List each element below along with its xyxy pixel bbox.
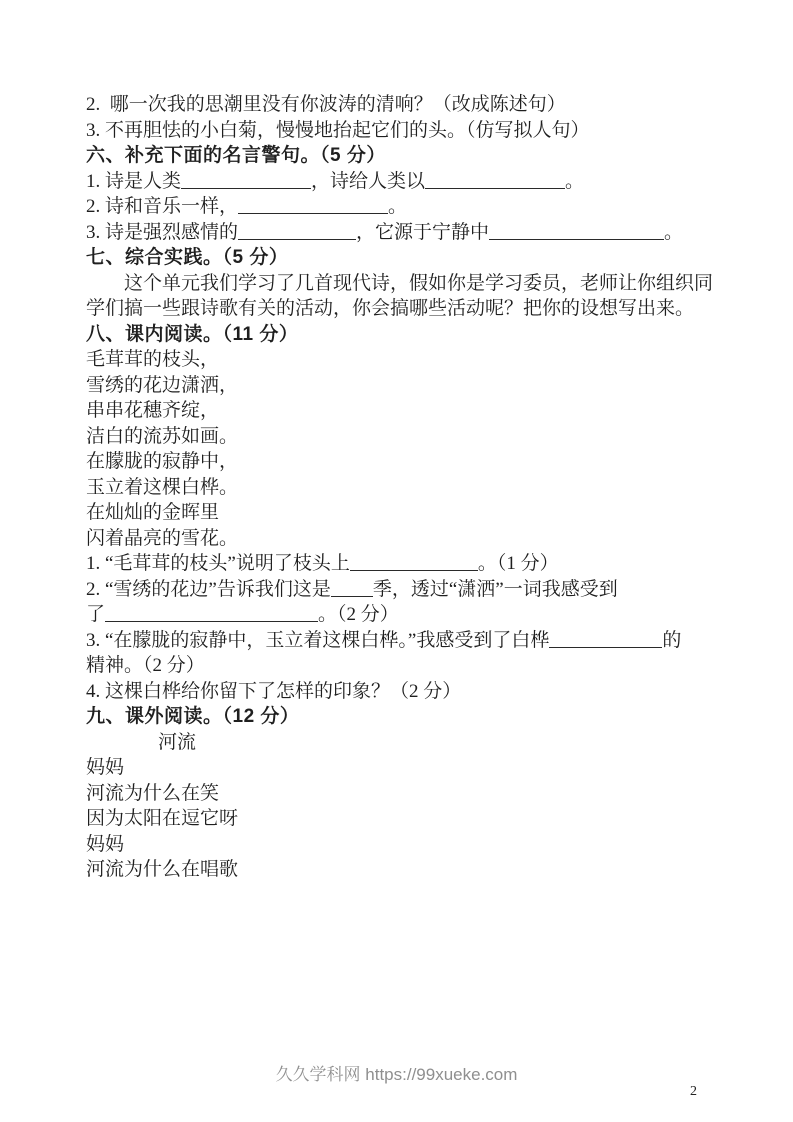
document-page: 2. 哪一次我的思潮里没有你波涛的清响？（改成陈述句） 3. 不再胆怯的小白菊，…	[0, 0, 793, 1122]
poem-line: 雪绣的花边潇洒，	[86, 373, 716, 399]
poem-line: 在朦胧的寂静中，	[86, 449, 716, 475]
question-text: 。	[388, 196, 407, 217]
section-title-nine: 九、课外阅读。（12 分）	[86, 704, 716, 730]
question-text: 。	[664, 222, 683, 243]
question-line: 4. 这棵白桦给你留下了怎样的印象？（2 分）	[86, 679, 716, 705]
watermark-footer: 久久学科网 https://99xueke.com	[0, 1060, 793, 1085]
fill-blank-line: 3. “在朦胧的寂静中，玉立着这棵白桦。”我感受到了白桦的	[86, 628, 716, 654]
section-title-six: 六、补充下面的名言警句。（5 分）	[86, 143, 716, 169]
poem-line: 串串花穗齐绽，	[86, 398, 716, 424]
question-line: 2. 哪一次我的思潮里没有你波涛的清响？（改成陈述句）	[86, 92, 716, 118]
question-line: 精神。（2 分）	[86, 653, 716, 679]
answer-blank	[238, 196, 388, 214]
answer-blank	[549, 630, 662, 648]
question-text: 了	[86, 604, 105, 625]
poem-line: 毛茸茸的枝头，	[86, 347, 716, 373]
paragraph-line: 这个单元我们学习了几首现代诗，假如你是学习委员，老师让你组织同	[86, 271, 716, 297]
fill-blank-line: 了。（2 分）	[86, 602, 716, 628]
question-text: ，诗给人类以	[311, 171, 425, 192]
answer-blank	[105, 604, 318, 622]
answer-blank	[425, 171, 565, 189]
answer-blank	[181, 171, 311, 189]
question-text: 2. 诗和音乐一样，	[86, 196, 238, 217]
question-text: 季，透过“潇洒”一词我感受到	[373, 579, 618, 600]
answer-blank	[331, 579, 373, 597]
poem-line: 闪着晶亮的雪花。	[86, 526, 716, 552]
section-title-seven: 七、综合实践。（5 分）	[86, 245, 716, 271]
question-text: 。（2 分）	[318, 604, 399, 625]
answer-blank	[350, 553, 478, 571]
fill-blank-line: 2. “雪绣的花边”告诉我们这是季，透过“潇洒”一词我感受到	[86, 577, 716, 603]
fill-blank-line: 1. 诗是人类，诗给人类以。	[86, 169, 716, 195]
poem-line: 妈妈	[86, 755, 716, 781]
poem-line: 河流为什么在唱歌	[86, 857, 716, 883]
question-text: 。（1 分）	[478, 553, 559, 574]
question-text: ，它源于宁静中	[356, 222, 489, 243]
question-text: 的	[662, 630, 681, 651]
poem-line: 河流为什么在笑	[86, 781, 716, 807]
fill-blank-line: 3. 诗是强烈感情的，它源于宁静中。	[86, 220, 716, 246]
poem-line: 洁白的流苏如画。	[86, 424, 716, 450]
poem-line: 在灿灿的金晖里	[86, 500, 716, 526]
question-text: 1. 诗是人类	[86, 171, 181, 192]
question-text: 1. “毛茸茸的枝头”说明了枝头上	[86, 553, 350, 574]
poem-line: 玉立着这棵白桦。	[86, 475, 716, 501]
question-text: 3. “在朦胧的寂静中，玉立着这棵白桦。”我感受到了白桦	[86, 630, 549, 651]
answer-blank	[238, 222, 356, 240]
page-content: 2. 哪一次我的思潮里没有你波涛的清响？（改成陈述句） 3. 不再胆怯的小白菊，…	[86, 92, 716, 883]
question-text: 。	[565, 171, 584, 192]
section-title-eight: 八、课内阅读。（11 分）	[86, 322, 716, 348]
paragraph-line: 学们搞一些跟诗歌有关的活动，你会搞哪些活动呢？把你的设想写出来。	[86, 296, 716, 322]
page-number: 2	[690, 1084, 697, 1100]
answer-blank	[489, 222, 664, 240]
poem-title: 河流	[86, 730, 716, 756]
question-line: 3. 不再胆怯的小白菊，慢慢地抬起它们的头。（仿写拟人句）	[86, 118, 716, 144]
question-text: 3. 诗是强烈感情的	[86, 222, 238, 243]
poem-line: 因为太阳在逗它呀	[86, 806, 716, 832]
poem-line: 妈妈	[86, 832, 716, 858]
fill-blank-line: 2. 诗和音乐一样，。	[86, 194, 716, 220]
fill-blank-line: 1. “毛茸茸的枝头”说明了枝头上。（1 分）	[86, 551, 716, 577]
question-text: 2. “雪绣的花边”告诉我们这是	[86, 579, 331, 600]
